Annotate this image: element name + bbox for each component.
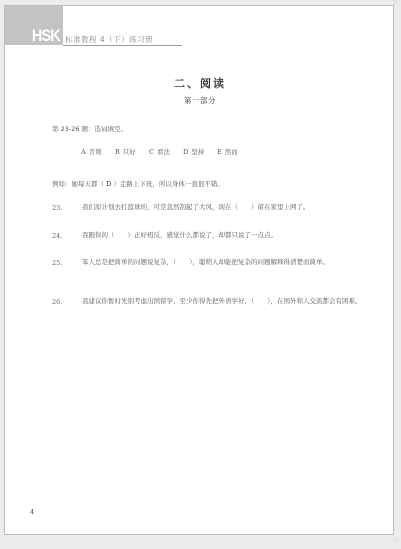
question-number-26: 26. — [52, 298, 62, 306]
question-number-24: 24. — [52, 232, 62, 240]
hsk-logo-box: HSK — [5, 6, 63, 45]
document-page: HSK 标准教程 4（下）练习册 二、阅读 第一部分 第 23-26 题：选词填… — [4, 5, 394, 535]
option-word: 否则 — [89, 148, 102, 156]
option-word: 坚持 — [191, 148, 204, 156]
option-e: E然而 — [217, 147, 251, 156]
option-d: D坚持 — [183, 147, 217, 156]
option-letter: D — [183, 148, 188, 156]
option-b: B只好 — [115, 147, 149, 156]
option-c: C看法 — [149, 147, 183, 156]
resize-grip-bottom-icon: ⠿ — [393, 539, 399, 545]
part-title: 第一部分 — [5, 95, 395, 106]
option-word: 然而 — [225, 148, 238, 156]
section-title: 二、阅读 — [5, 75, 395, 91]
word-options: A否则 B只好 C看法 D坚持 E然而 — [81, 147, 251, 156]
example-suffix: ）走路上下班，所以身体一直很不错。 — [111, 180, 224, 188]
question-number-23: 23. — [52, 204, 62, 212]
option-a: A否则 — [81, 147, 115, 156]
option-letter: C — [149, 148, 154, 156]
option-word: 只好 — [123, 148, 136, 156]
hsk-logo-text: HSK — [32, 27, 60, 44]
question-text-23: 我们原计划去打篮球的，可是忽然刮起了大风，现在（ ）留在家里上网了。 — [82, 201, 372, 214]
resize-grip-top-icon: ⠿ — [393, 1, 399, 7]
question-text-24: 我跟你的（ ）正好相反，感觉什么都说了，却都只说了一点点。 — [82, 229, 372, 242]
instruction-text: 第 23-26 题：选词填空。 — [52, 124, 127, 133]
option-letter: B — [115, 148, 120, 156]
page-number: 4 — [30, 508, 34, 516]
option-letter: A — [81, 148, 86, 156]
example-prefix: 例如：她每天都（ — [52, 180, 106, 188]
option-word: 看法 — [157, 148, 170, 156]
question-text-25: 笨人总是把简单的问题说复杂，（ ），聪明人却能把复杂的问题解释得清楚而简单。 — [82, 256, 372, 269]
book-title: 标准教程 4（下）练习册 — [65, 34, 153, 45]
example-sentence: 例如：她每天都（ D ）走路上下班，所以身体一直很不错。 — [52, 179, 224, 188]
question-number-25: 25. — [52, 259, 62, 267]
question-text-26: 我建议你暂时先别考虑出国留学，至少你得先把外语学好，（ ），在国外和人交流都会有… — [82, 295, 372, 308]
header-divider — [63, 45, 182, 46]
option-letter: E — [217, 148, 222, 156]
